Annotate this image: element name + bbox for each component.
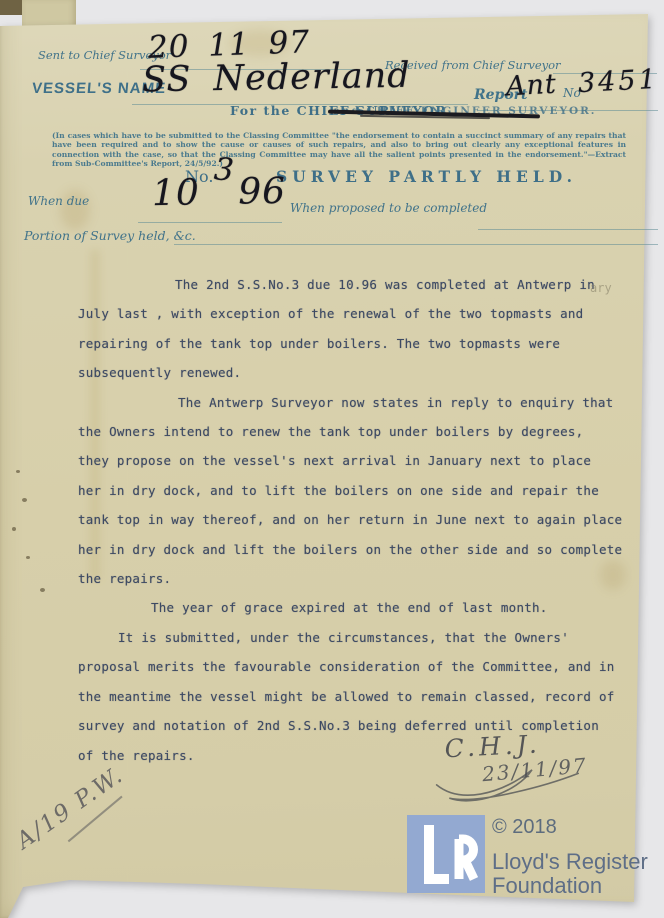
typed-line: her in dry dock and lift the boilers on … — [78, 535, 638, 564]
foxing-dot — [26, 556, 30, 559]
report-port-handwritten: Ant — [505, 69, 557, 103]
when-proposed-label: When proposed to be completed — [290, 201, 487, 215]
typed-line: subsequently renewed. — [78, 358, 638, 387]
foundation-name-line2: Foundation — [492, 873, 602, 899]
typed-line: they propose on the vessel's next arriva… — [78, 446, 638, 475]
typed-line: proposal merits the favourable considera… — [78, 652, 638, 681]
foxing-dot — [12, 527, 16, 531]
instructions-small-print: (In cases which have to be submitted to … — [52, 131, 626, 169]
foxing-dot — [40, 588, 45, 592]
report-number-handwritten: 3451 — [577, 64, 659, 99]
foxing-dot — [22, 498, 27, 502]
lr-logo — [407, 815, 485, 893]
typed-line: the meantime the vessel might be allowed… — [78, 682, 638, 711]
rule-line — [138, 222, 282, 223]
typed-line: the repairs. — [78, 564, 638, 593]
survey-title: SURVEY PARTLY HELD. — [276, 167, 577, 186]
typed-line: The 2nd S.S.No.3 due 10.96 was completed… — [78, 270, 638, 299]
foxing-dot — [16, 470, 20, 473]
rule-line — [478, 229, 658, 230]
typed-line: July last , with exception of the renewa… — [78, 299, 638, 328]
ghost-text: ary — [590, 281, 612, 295]
typed-line: tank top in way thereof, and on her retu… — [78, 505, 638, 534]
typed-line: the Owners intend to renew the tank top … — [78, 417, 638, 446]
when-due-handwritten: 10 96 — [152, 171, 287, 214]
typed-line: repairing of the tank top under boilers.… — [78, 329, 638, 358]
typed-line: her in dry dock, and to lift the boilers… — [78, 476, 638, 505]
copyright-text: © 2018 — [492, 816, 557, 839]
typed-line: It is submitted, under the circumstances… — [78, 623, 638, 652]
when-due-label: When due — [28, 194, 89, 208]
foundation-name-line1: Lloyd's Register — [492, 849, 648, 875]
vessel-name-handwritten: SS Nederland — [142, 56, 411, 101]
typed-line: The year of grace expired at the end of … — [78, 593, 638, 622]
rule-line — [174, 244, 658, 245]
portion-of-survey-label: Portion of Survey held, &c. — [24, 228, 196, 243]
document: Sent to Chief Surveyor 20 11 97 Received… — [0, 0, 664, 918]
typed-body: The 2nd S.S.No.3 due 10.96 was completed… — [78, 270, 638, 770]
typed-line: The Antwerp Surveyor now states in reply… — [78, 388, 638, 417]
typed-line: survey and notation of 2nd S.S.No.3 bein… — [78, 711, 638, 740]
